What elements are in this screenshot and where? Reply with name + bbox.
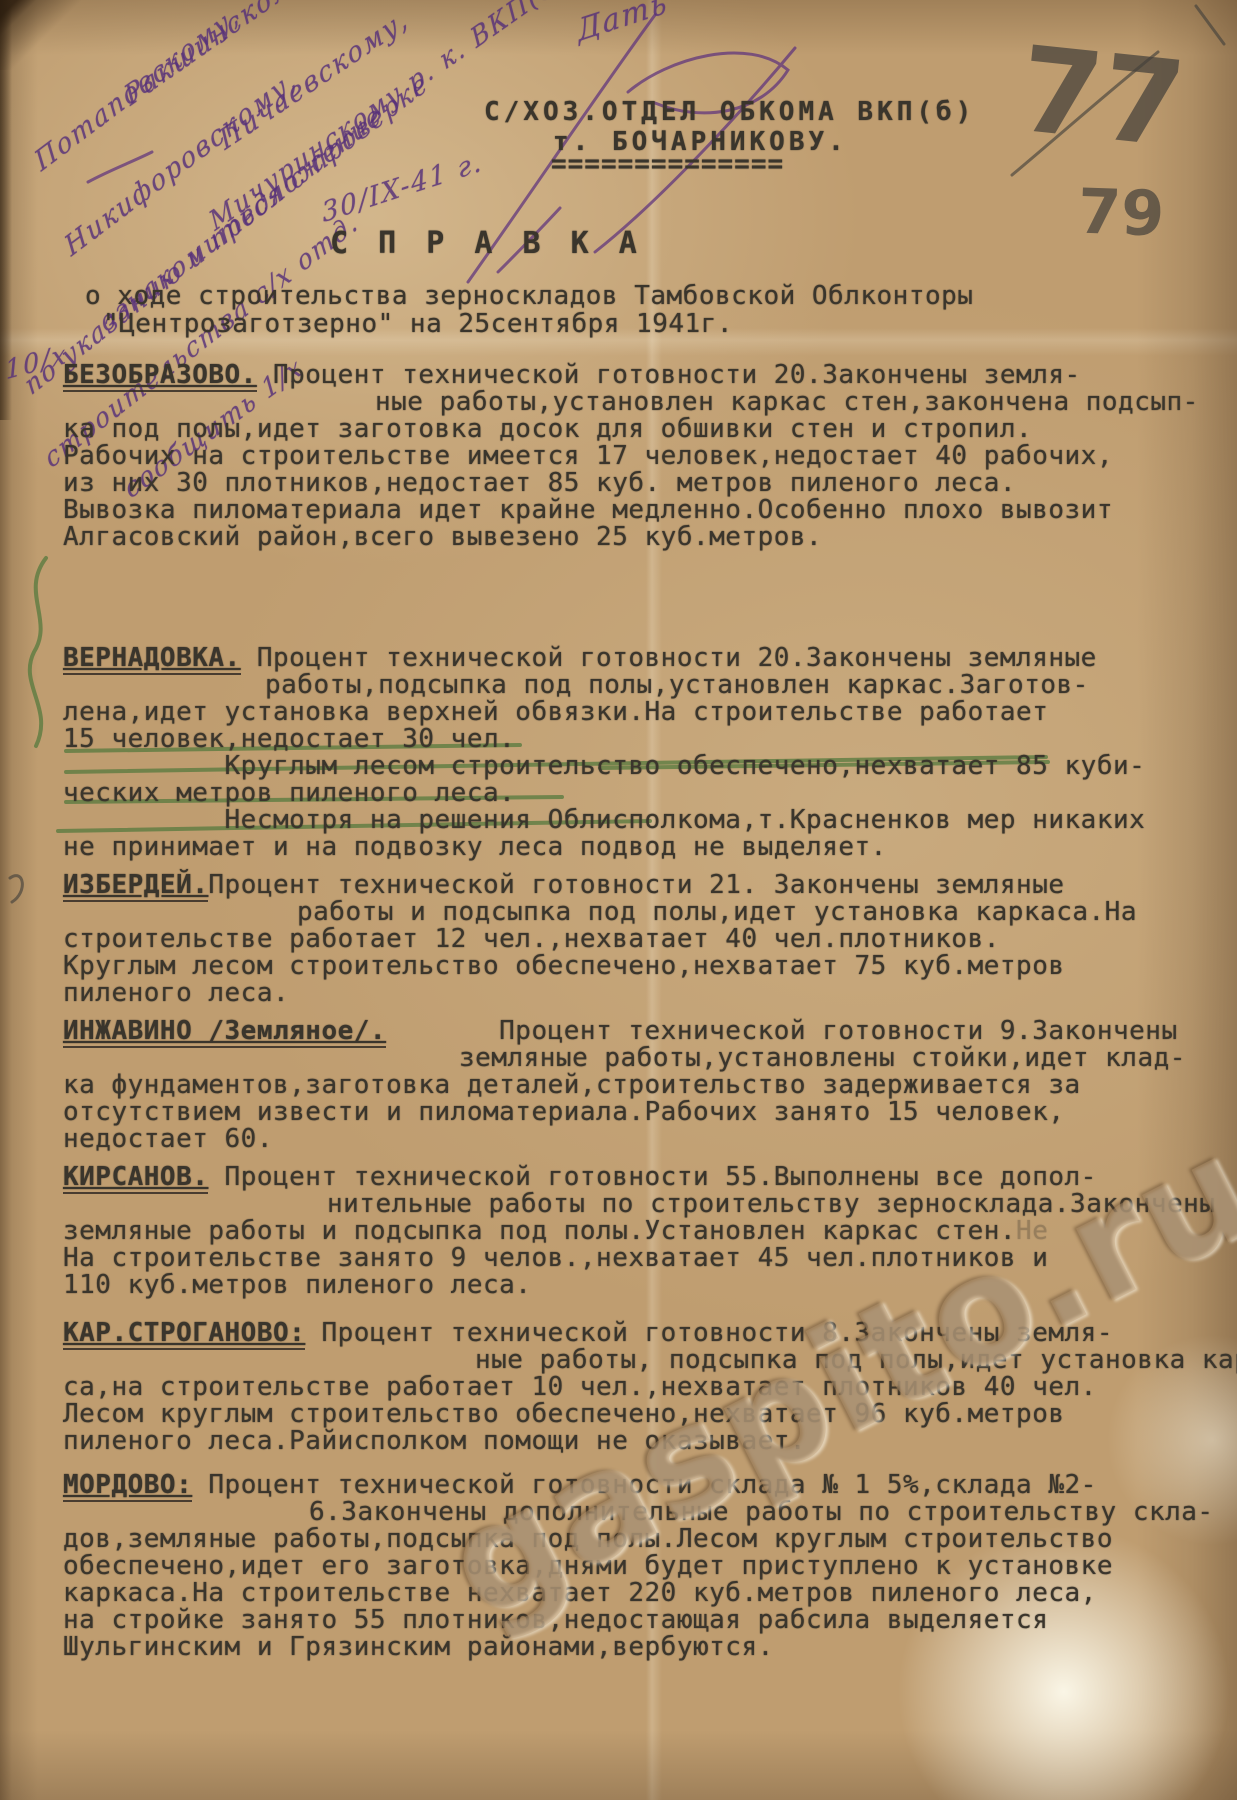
typed-line: ИЗБЕРДЕЙ.Процент технической готовности …: [63, 872, 1203, 899]
section-heading: КИРСАНОВ.: [63, 1162, 208, 1194]
typed-line: пиленого леса.: [63, 980, 1203, 1007]
typed-line: работы и подсыпка под полы,идет установк…: [63, 899, 1203, 926]
typed-text: Процент технической готовности 55.Выполн…: [208, 1162, 1096, 1192]
section-heading: ВЕРНАДОВКА.: [63, 643, 241, 675]
typed-line: Несмотря на решения Облисполкома,т.Красн…: [63, 807, 1203, 834]
typed-line: Круглым лесом строительство обеспечено,н…: [63, 753, 1203, 780]
typed-line: не принимает и на подвозку леса подвод н…: [63, 834, 1203, 861]
typed-line: 15 человек,недостает 30 чел.: [63, 726, 1203, 753]
typed-line: ВЕРНАДОВКА. Процент технической готовнос…: [63, 645, 1203, 672]
section-heading: ИНЖАВИНО /Земляное/.: [63, 1016, 386, 1048]
typed-line: из них 30 плотников,недостает 85 куб. ме…: [63, 470, 1203, 497]
section-heading: БЕЗОБРАЗОВО.: [63, 360, 257, 392]
report-section-4: ИНЖАВИНО /Земляное/. Процент технической…: [63, 1018, 1203, 1153]
typed-line: Алгасовский район,всего вывезено 25 куб.…: [63, 524, 1203, 551]
typed-line: ка фундаментов,заготовка деталей,строите…: [63, 1072, 1203, 1099]
typed-text: Процент технической готовности 20.Законч…: [257, 360, 1081, 390]
typed-line: БЕЗОБРАЗОВО. Процент технической готовно…: [63, 362, 1203, 389]
typed-line: Вывозка пиломатериала идет крайне медлен…: [63, 497, 1203, 524]
typed-line: Рабочих на строительстве имеется 17 чело…: [63, 443, 1203, 470]
typed-line: земляные работы,установлены стойки,идет …: [63, 1045, 1203, 1072]
report-section-1: БЕЗОБРАЗОВО. Процент технической готовно…: [63, 362, 1203, 551]
typed-text: Процент технической готовности 9.Законче…: [386, 1016, 1178, 1046]
report-section-3: ИЗБЕРДЕЙ.Процент технической готовности …: [63, 872, 1203, 1007]
typed-line: лена,идет установка верхней обвязки.На с…: [63, 699, 1203, 726]
section-heading: ИЗБЕРДЕЙ.: [63, 870, 208, 902]
typed-line: недостает 60.: [63, 1126, 1203, 1153]
typed-text: Процент технической готовности 20.Законч…: [241, 643, 1097, 673]
typed-text: Процент технической готовности 21. Закон…: [208, 870, 1064, 900]
typed-line: Круглым лесом строительство обеспечено,н…: [63, 953, 1203, 980]
typed-line: ИНЖАВИНО /Земляное/. Процент технической…: [63, 1018, 1203, 1045]
section-heading: МОРДОВО:: [63, 1470, 192, 1502]
typed-line: на стройке занято 55 плотников,недостающ…: [63, 1607, 1203, 1634]
scanned-document-page: ДатьРакшинскому,Потаповскому,Пичаевскому…: [0, 0, 1237, 1800]
typed-line: строительстве работает 12 чел.,нехватает…: [63, 926, 1203, 953]
typed-line: отсутствием извести и пиломатериала.Рабо…: [63, 1099, 1203, 1126]
typed-line: ные работы,установлен каркас стен,законч…: [63, 389, 1203, 416]
typed-line: ка под полы,идет заготовка досок для обш…: [63, 416, 1203, 443]
report-section-2: ВЕРНАДОВКА. Процент технической готовнос…: [63, 645, 1203, 861]
section-heading: КАР.СТРОГАНОВО:: [63, 1318, 305, 1350]
typed-line: Шульгинским и Грязинским районами,вербую…: [63, 1634, 1203, 1661]
typed-line: ческих метров пиленого леса.: [63, 780, 1203, 807]
typed-line: работы,подсыпка под полы,установлен карк…: [63, 672, 1203, 699]
